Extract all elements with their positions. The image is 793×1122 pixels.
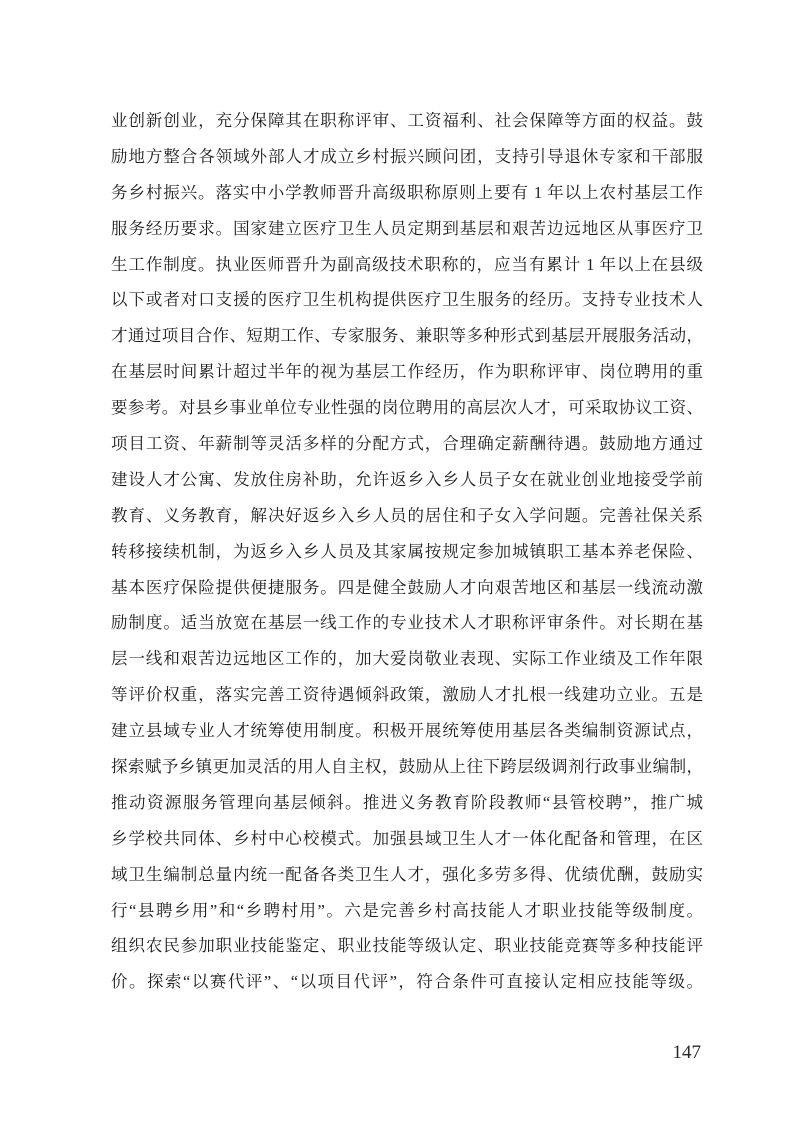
- page-number: 147: [673, 1040, 702, 1066]
- page-body-text: 业创新创业，充分保障其在职称评审、工资福利、社会保障等方面的权益。鼓 励地方整合…: [111, 103, 703, 1000]
- text-line: 业创新创业，充分保障其在职称评审、工资福利、社会保障等方面的权益。鼓: [111, 103, 703, 139]
- text-line: 推动资源服务管理向基层倾斜。推进义务教育阶段教师“县管校聘”，推广城: [111, 785, 703, 821]
- text-line: 转移接续机制，为返乡入乡人员及其家属按规定参加城镇职工基本养老保险、: [111, 534, 703, 570]
- text-line: 等评价权重，落实完善工资待遇倾斜政策，激励人才扎根一线建功立业。五是: [111, 677, 703, 713]
- text-line: 组织农民参加职业技能鉴定、职业技能等级认定、职业技能竞赛等多种技能评: [111, 928, 703, 964]
- document-page: 业创新创业，充分保障其在职称评审、工资福利、社会保障等方面的权益。鼓 励地方整合…: [0, 0, 793, 1122]
- text-line: 服务经历要求。国家建立医疗卫生人员定期到基层和艰苦边远地区从事医疗卫: [111, 211, 703, 247]
- text-line: 项目工资、年薪制等灵活多样的分配方式，合理确定薪酬待遇。鼓励地方通过: [111, 426, 703, 462]
- text-line: 建设人才公寓、发放住房补助，允许返乡入乡人员子女在就业创业地接受学前: [111, 462, 703, 498]
- text-line: 教育、义务教育，解决好返乡入乡人员的居住和子女入学问题。完善社保关系: [111, 498, 703, 534]
- text-line: 建立县域专业人才统筹使用制度。积极开展统筹使用基层各类编制资源试点，: [111, 713, 703, 749]
- text-line: 生工作制度。执业医师晋升为副高级技术职称的，应当有累计 1 年以上在县级: [111, 247, 703, 283]
- text-line: 基本医疗保险提供便捷服务。四是健全鼓励人才向艰苦地区和基层一线流动激: [111, 570, 703, 606]
- text-line: 行“县聘乡用”和“乡聘村用”。六是完善乡村高技能人才职业技能等级制度。: [111, 893, 703, 929]
- text-line: 励制度。适当放宽在基层一线工作的专业技术人才职称评审条件。对长期在基: [111, 605, 703, 641]
- text-line: 探索赋予乡镇更加灵活的用人自主权，鼓励从上往下跨层级调剂行政事业编制，: [111, 749, 703, 785]
- text-line: 价。探索“以赛代评”、“以项目代评”，符合条件可直接认定相应技能等级。: [111, 964, 703, 1000]
- text-line: 域卫生编制总量内统一配备各类卫生人才，强化多劳多得、优绩优酬，鼓励实: [111, 857, 703, 893]
- text-line: 要参考。对县乡事业单位专业性强的岗位聘用的高层次人才，可采取协议工资、: [111, 390, 703, 426]
- text-line: 在基层时间累计超过半年的视为基层工作经历，作为职称评审、岗位聘用的重: [111, 354, 703, 390]
- text-line: 才通过项目合作、短期工作、专家服务、兼职等多种形式到基层开展服务活动，: [111, 318, 703, 354]
- text-line: 层一线和艰苦边远地区工作的，加大爱岗敬业表现、实际工作业绩及工作年限: [111, 641, 703, 677]
- text-line: 以下或者对口支援的医疗卫生机构提供医疗卫生服务的经历。支持专业技术人: [111, 282, 703, 318]
- text-line: 乡学校共同体、乡村中心校模式。加强县域卫生人才一体化配备和管理，在区: [111, 821, 703, 857]
- text-line: 务乡村振兴。落实中小学教师晋升高级职称原则上要有 1 年以上农村基层工作: [111, 175, 703, 211]
- text-line: 励地方整合各领域外部人才成立乡村振兴顾问团，支持引导退休专家和干部服: [111, 139, 703, 175]
